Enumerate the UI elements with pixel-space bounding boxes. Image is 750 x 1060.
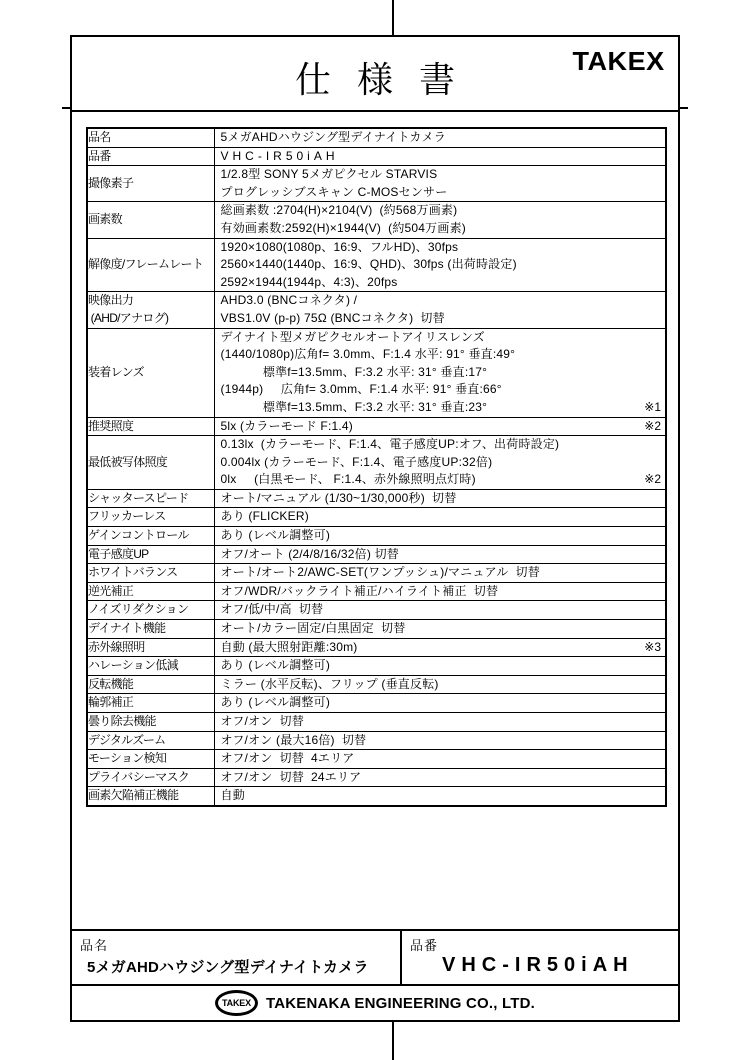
spec-value-line: AHD3.0 (BNCコネクタ) / — [215, 292, 666, 310]
spec-value-text: VBS1.0V (p-p) 75Ω (BNCコネクタ) 切替 — [221, 310, 445, 328]
spec-value-line: (1440/1080p)広角f= 3.0mm、F:1.4 水平: 91° 垂直:… — [215, 346, 666, 364]
crop-mark-right — [680, 107, 688, 109]
spec-value-text: 標準f=13.5mm、F:3.2 水平: 31° 垂直:17° — [221, 364, 488, 382]
spec-row-value: デイナイト型メガピクセルオートアイリスレンズ(1440/1080p)広角f= 3… — [214, 328, 666, 417]
spec-value-line: 5lx (カラーモード F:1.4)※2 — [215, 418, 666, 436]
spec-value-text: 2560×1440(1440p、16:9、QHD)、30fps (出荷時設定) — [221, 256, 517, 274]
spec-value-text: オフ/オン (最大16倍) 切替 — [221, 732, 367, 750]
spec-row: 電子感度UPオフ/オート (2/4/8/16/32倍) 切替 — [87, 545, 666, 564]
spec-row: ホワイトバランスオート/オート2/AWC-SET(ワンプッシュ)/マニュアル 切… — [87, 564, 666, 583]
spec-value-text: 自動 — [221, 787, 245, 805]
spec-value-line: オフ/WDR/バックライト補正/ハイライト補正 切替 — [215, 583, 666, 601]
spec-value-text: VHC-IR50iAH — [221, 148, 339, 166]
spec-row-label: デジタルズーム — [87, 731, 214, 750]
spec-value-text: 0lx (白黒モード、 F:1.4、赤外線照明点灯時) — [221, 471, 476, 489]
spec-value-text: オフ/オート (2/4/8/16/32倍) 切替 — [221, 546, 400, 564]
spec-value-text: あり (レベル調整可) — [221, 527, 331, 545]
spec-row: ハレーション低減あり (レベル調整可) — [87, 657, 666, 676]
spec-value-line: オフ/オート (2/4/8/16/32倍) 切替 — [215, 546, 666, 564]
spec-row-label: ゲインコントロール — [87, 527, 214, 546]
spec-row-label: 解像度/フレームレート — [87, 238, 214, 292]
product-number-value: VHC-IR50iAH — [402, 954, 678, 977]
spec-value-line: デイナイト型メガピクセルオートアイリスレンズ — [215, 329, 666, 347]
footnote-marker: ※2 — [644, 471, 661, 489]
spec-value-text: オフ/オン 切替 24エリア — [221, 769, 362, 787]
spec-row-value: オフ/オン 切替 4エリア — [214, 750, 666, 769]
spec-value-line: VBS1.0V (p-p) 75Ω (BNCコネクタ) 切替 — [215, 310, 666, 328]
spec-value-text: 5メガAHDハウジング型デイナイトカメラ — [221, 129, 446, 147]
bottom-info-strip: 品名 5メガAHDハウジング型デイナイトカメラ 品番 VHC-IR50iAH — [72, 929, 678, 984]
spec-row-label: 赤外線照明 — [87, 638, 214, 657]
spec-row-label: モーション検知 — [87, 750, 214, 769]
spec-value-line: ミラー (水平反転)、フリップ (垂直反転) — [215, 676, 666, 694]
spec-value-text: オフ/オン 切替 — [221, 713, 304, 731]
spec-value-text: 0.004lx (カラーモード、F:1.4、電子感度UP:32倍) — [221, 454, 493, 472]
spec-value-line: 1/2.8型 SONY 5メガピクセル STARVIS — [215, 166, 666, 184]
spec-row: 最低被写体照度0.13lx (カラーモード、F:1.4、電子感度UP:オフ、出荷… — [87, 436, 666, 490]
spec-value-line: 0.004lx (カラーモード、F:1.4、電子感度UP:32倍) — [215, 454, 666, 472]
spec-row-label: デイナイト機能 — [87, 620, 214, 639]
spec-value-line: 自動 (最大照射距離:30m)※3 — [215, 639, 666, 657]
spec-row-label: 電子感度UP — [87, 545, 214, 564]
spec-row-value: 1920×1080(1080p、16:9、フルHD)、30fps2560×144… — [214, 238, 666, 292]
product-name-value: 5メガAHDハウジング型デイナイトカメラ — [72, 954, 400, 977]
spec-row-value: あり (レベル調整可) — [214, 657, 666, 676]
spec-row-label: 曇り除去機能 — [87, 713, 214, 732]
spec-row: 逆光補正オフ/WDR/バックライト補正/ハイライト補正 切替 — [87, 582, 666, 601]
takex-brand-logo: TAKEX — [573, 46, 665, 77]
spec-value-text: 1920×1080(1080p、16:9、フルHD)、30fps — [221, 239, 459, 257]
spec-row-label: プライバシーマスク — [87, 768, 214, 787]
company-name: TAKENAKA ENGINEERING CO., LTD. — [266, 995, 535, 1012]
product-name-label: 品名 — [72, 931, 400, 954]
spec-sheet-frame: 仕 様 書 TAKEX 品名5メガAHDハウジング型デイナイトカメラ品番VHC-… — [70, 35, 680, 1022]
spec-value-line: 0.13lx (カラーモード、F:1.4、電子感度UP:オフ、出荷時設定) — [215, 436, 666, 454]
spec-value-text: 0.13lx (カラーモード、F:1.4、電子感度UP:オフ、出荷時設定) — [221, 436, 560, 454]
spec-row: ノイズリダクションオフ/低/中/高 切替 — [87, 601, 666, 620]
spec-value-text: オート/カラー固定/白黒固定 切替 — [221, 620, 406, 638]
spec-row-value: あり (レベル調整可) — [214, 694, 666, 713]
spec-row-value: VHC-IR50iAH — [214, 147, 666, 166]
spec-row: 解像度/フレームレート1920×1080(1080p、16:9、フルHD)、30… — [87, 238, 666, 292]
spec-row: デイナイト機能オート/カラー固定/白黒固定 切替 — [87, 620, 666, 639]
spec-value-line: プログレッシブスキャン C-MOSセンサー — [215, 184, 666, 202]
spec-value-text: オート/マニュアル (1/30~1/30,000秒) 切替 — [221, 490, 457, 508]
spec-row: ゲインコントロールあり (レベル調整可) — [87, 527, 666, 546]
spec-row-label: 推奨照度 — [87, 417, 214, 436]
spec-row-value: オフ/オート (2/4/8/16/32倍) 切替 — [214, 545, 666, 564]
takex-oval-logo-text: TAKEX — [222, 998, 251, 1008]
spec-value-text: オフ/低/中/高 切替 — [221, 601, 324, 619]
spec-row: シャッタースピードオート/マニュアル (1/30~1/30,000秒) 切替 — [87, 489, 666, 508]
spec-row: 撮像素子1/2.8型 SONY 5メガピクセル STARVISプログレッシブスキ… — [87, 166, 666, 202]
spec-row-label: ノイズリダクション — [87, 601, 214, 620]
spec-value-line: オフ/オン 切替 4エリア — [215, 750, 666, 768]
spec-row-value: 総画素数 :2704(H)×2104(V) (約568万画素)有効画素数:259… — [214, 202, 666, 238]
spec-row-label: 装着レンズ — [87, 328, 214, 417]
spec-row: プライバシーマスクオフ/オン 切替 24エリア — [87, 768, 666, 787]
spec-row-label: 品番 — [87, 147, 214, 166]
spec-row-label: 画素欠陥補正機能 — [87, 787, 214, 806]
spec-value-text: (1944p) 広角f= 3.0mm、F:1.4 水平: 91° 垂直:66° — [221, 381, 502, 399]
spec-row: モーション検知オフ/オン 切替 4エリア — [87, 750, 666, 769]
document-body: 品名5メガAHDハウジング型デイナイトカメラ品番VHC-IR50iAH撮像素子1… — [72, 112, 678, 929]
product-name-cell: 品名 5メガAHDハウジング型デイナイトカメラ — [72, 931, 402, 984]
spec-value-line: あり (FLICKER) — [215, 508, 666, 526]
spec-row-value: オート/マニュアル (1/30~1/30,000秒) 切替 — [214, 489, 666, 508]
spec-table: 品名5メガAHDハウジング型デイナイトカメラ品番VHC-IR50iAH撮像素子1… — [86, 127, 667, 807]
spec-row-value: あり (FLICKER) — [214, 508, 666, 527]
spec-value-line: 2560×1440(1440p、16:9、QHD)、30fps (出荷時設定) — [215, 256, 666, 274]
spec-row-label: 輪郭補正 — [87, 694, 214, 713]
company-footer: TAKEX TAKENAKA ENGINEERING CO., LTD. — [72, 984, 678, 1020]
spec-row-label: 画素数 — [87, 202, 214, 238]
spec-row: 品番VHC-IR50iAH — [87, 147, 666, 166]
spec-value-text: 2592×1944(1944p、4:3)、20fps — [221, 274, 398, 292]
spec-value-line: あり (レベル調整可) — [215, 527, 666, 545]
spec-value-text: オフ/オン 切替 4エリア — [221, 750, 355, 768]
product-number-cell: 品番 VHC-IR50iAH — [402, 931, 678, 984]
spec-row-value: オフ/オン (最大16倍) 切替 — [214, 731, 666, 750]
spec-row-label: ハレーション低減 — [87, 657, 214, 676]
spec-value-line: オート/カラー固定/白黒固定 切替 — [215, 620, 666, 638]
spec-row: フリッカーレスあり (FLICKER) — [87, 508, 666, 527]
spec-value-line: オート/マニュアル (1/30~1/30,000秒) 切替 — [215, 490, 666, 508]
spec-row-value: AHD3.0 (BNCコネクタ) /VBS1.0V (p-p) 75Ω (BNC… — [214, 292, 666, 328]
spec-value-line: オフ/オン (最大16倍) 切替 — [215, 732, 666, 750]
footnote-marker: ※1 — [644, 399, 661, 417]
spec-row-value: ミラー (水平反転)、フリップ (垂直反転) — [214, 675, 666, 694]
spec-value-text: あり (レベル調整可) — [221, 694, 331, 712]
spec-value-line: オート/オート2/AWC-SET(ワンプッシュ)/マニュアル 切替 — [215, 564, 666, 582]
spec-row-value: 自動 — [214, 787, 666, 806]
footnote-marker: ※3 — [644, 639, 661, 657]
spec-row: 映像出力 (AHD/アナログ)AHD3.0 (BNCコネクタ) /VBS1.0V… — [87, 292, 666, 328]
spec-row-label: フリッカーレス — [87, 508, 214, 527]
spec-row-label: シャッタースピード — [87, 489, 214, 508]
spec-row-label: 撮像素子 — [87, 166, 214, 202]
spec-row-label: 最低被写体照度 — [87, 436, 214, 490]
spec-row-value: オフ/WDR/バックライト補正/ハイライト補正 切替 — [214, 582, 666, 601]
spec-row-value: オフ/低/中/高 切替 — [214, 601, 666, 620]
spec-value-text: プログレッシブスキャン C-MOSセンサー — [221, 184, 448, 202]
spec-row: 赤外線照明自動 (最大照射距離:30m)※3 — [87, 638, 666, 657]
spec-value-line: オフ/オン 切替 24エリア — [215, 769, 666, 787]
footnote-marker: ※2 — [644, 418, 661, 436]
crop-mark-left — [62, 107, 70, 109]
spec-row-value: オフ/オン 切替 — [214, 713, 666, 732]
spec-row: 品名5メガAHDハウジング型デイナイトカメラ — [87, 128, 666, 147]
spec-value-line: あり (レベル調整可) — [215, 657, 666, 675]
spec-value-text: 標準f=13.5mm、F:3.2 水平: 31° 垂直:23° — [221, 399, 488, 417]
spec-value-line: 総画素数 :2704(H)×2104(V) (約568万画素) — [215, 202, 666, 220]
spec-value-line: 2592×1944(1944p、4:3)、20fps — [215, 274, 666, 292]
spec-value-text: 総画素数 :2704(H)×2104(V) (約568万画素) — [221, 202, 458, 220]
spec-row-label: 反転機能 — [87, 675, 214, 694]
spec-value-line: オフ/オン 切替 — [215, 713, 666, 731]
spec-value-text: AHD3.0 (BNCコネクタ) / — [221, 292, 358, 310]
spec-row: 曇り除去機能オフ/オン 切替 — [87, 713, 666, 732]
spec-row-value: 1/2.8型 SONY 5メガピクセル STARVISプログレッシブスキャン C… — [214, 166, 666, 202]
spec-row-value: あり (レベル調整可) — [214, 527, 666, 546]
spec-value-line: (1944p) 広角f= 3.0mm、F:1.4 水平: 91° 垂直:66° — [215, 381, 666, 399]
spec-value-text: あり (レベル調整可) — [221, 657, 331, 675]
spec-row-value: オート/オート2/AWC-SET(ワンプッシュ)/マニュアル 切替 — [214, 564, 666, 583]
takex-oval-logo: TAKEX — [215, 990, 258, 1016]
spec-value-line: 1920×1080(1080p、16:9、フルHD)、30fps — [215, 239, 666, 257]
spec-row-value: 5lx (カラーモード F:1.4)※2 — [214, 417, 666, 436]
spec-row-label: 品名 — [87, 128, 214, 147]
spec-value-text: (1440/1080p)広角f= 3.0mm、F:1.4 水平: 91° 垂直:… — [221, 346, 516, 364]
spec-value-line: あり (レベル調整可) — [215, 694, 666, 712]
product-number-label: 品番 — [402, 931, 678, 954]
spec-row-value: オート/カラー固定/白黒固定 切替 — [214, 620, 666, 639]
spec-row-value: 5メガAHDハウジング型デイナイトカメラ — [214, 128, 666, 147]
spec-value-line: 5メガAHDハウジング型デイナイトカメラ — [215, 129, 666, 147]
spec-value-text: 自動 (最大照射距離:30m) — [221, 639, 358, 657]
spec-row: 画素数総画素数 :2704(H)×2104(V) (約568万画素)有効画素数:… — [87, 202, 666, 238]
spec-table-body: 品名5メガAHDハウジング型デイナイトカメラ品番VHC-IR50iAH撮像素子1… — [87, 128, 666, 806]
spec-value-text: 1/2.8型 SONY 5メガピクセル STARVIS — [221, 166, 438, 184]
spec-value-text: ミラー (水平反転)、フリップ (垂直反転) — [221, 676, 439, 694]
spec-row: 画素欠陥補正機能自動 — [87, 787, 666, 806]
spec-value-line: 0lx (白黒モード、 F:1.4、赤外線照明点灯時)※2 — [215, 471, 666, 489]
spec-row-value: 0.13lx (カラーモード、F:1.4、電子感度UP:オフ、出荷時設定)0.0… — [214, 436, 666, 490]
spec-row-label: 映像出力 (AHD/アナログ) — [87, 292, 214, 328]
document-header: 仕 様 書 TAKEX — [72, 37, 678, 112]
spec-row: 反転機能ミラー (水平反転)、フリップ (垂直反転) — [87, 675, 666, 694]
spec-value-text: オフ/WDR/バックライト補正/ハイライト補正 切替 — [221, 583, 499, 601]
spec-value-line: 標準f=13.5mm、F:3.2 水平: 31° 垂直:17° — [215, 364, 666, 382]
spec-value-line: VHC-IR50iAH — [215, 148, 666, 166]
crop-mark-top — [392, 0, 394, 35]
spec-row-value: 自動 (最大照射距離:30m)※3 — [214, 638, 666, 657]
spec-row-label: ホワイトバランス — [87, 564, 214, 583]
spec-row-value: オフ/オン 切替 24エリア — [214, 768, 666, 787]
spec-value-text: あり (FLICKER) — [221, 508, 309, 526]
spec-row: 輪郭補正あり (レベル調整可) — [87, 694, 666, 713]
spec-row: 推奨照度5lx (カラーモード F:1.4)※2 — [87, 417, 666, 436]
spec-row: 装着レンズデイナイト型メガピクセルオートアイリスレンズ(1440/1080p)広… — [87, 328, 666, 417]
spec-value-line: オフ/低/中/高 切替 — [215, 601, 666, 619]
spec-value-line: 標準f=13.5mm、F:3.2 水平: 31° 垂直:23°※1 — [215, 399, 666, 417]
spec-value-line: 有効画素数:2592(H)×1944(V) (約504万画素) — [215, 220, 666, 238]
spec-value-line: 自動 — [215, 787, 666, 805]
spec-row: デジタルズームオフ/オン (最大16倍) 切替 — [87, 731, 666, 750]
spec-value-text: オート/オート2/AWC-SET(ワンプッシュ)/マニュアル 切替 — [221, 564, 540, 582]
spec-value-text: 5lx (カラーモード F:1.4) — [221, 418, 353, 436]
spec-row-label: 逆光補正 — [87, 582, 214, 601]
spec-value-text: 有効画素数:2592(H)×1944(V) (約504万画素) — [221, 220, 466, 238]
spec-value-text: デイナイト型メガピクセルオートアイリスレンズ — [221, 329, 485, 347]
crop-mark-bottom — [392, 1022, 394, 1060]
